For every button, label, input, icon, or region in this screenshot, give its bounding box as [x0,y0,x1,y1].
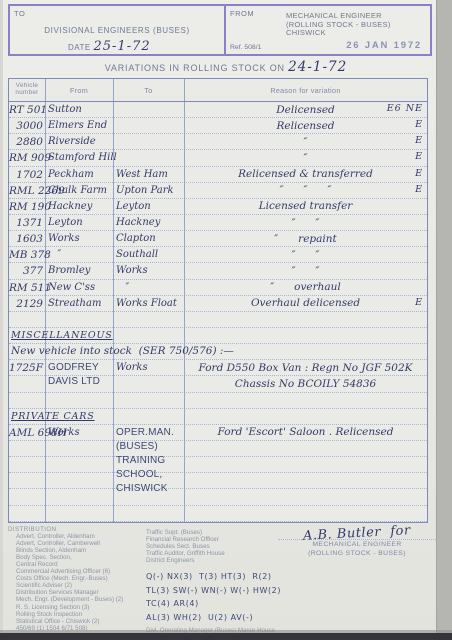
reason-cell: ″ ″ ″E [184,183,427,198]
vehicle-number-cell: RML 2269 [9,183,45,198]
distribution-item: Distribution Services Manager [8,589,144,596]
reason-text: Chassis No BCOILY 54836 [235,378,376,390]
from-cell: Elmers End [45,118,113,133]
vehicle-number-cell [9,376,45,391]
reason-cell: Chassis No BCOILY 54836 [184,376,427,391]
table-row [9,457,427,473]
distribution-item: District Engineers [146,557,266,564]
reason-cell: ″ repaint [184,231,427,246]
to-cell [113,150,184,165]
reason-cell: Licensed transfer [184,199,427,214]
table-row [9,473,427,489]
reason-cell: DelicensedE6 NE [184,102,427,117]
date-label: DATE [68,43,91,52]
table-row: RM 190HackneyLeytonLicensed transfer [9,199,427,215]
reason-text: ″ ″ ″ [280,184,332,196]
column-header-from: From [45,86,113,95]
from-box: FROM MECHANICAL ENGINEER (ROLLING STOCK … [226,6,430,54]
table-row [9,489,427,505]
to-cell: Works [113,360,184,375]
to-cell [113,134,184,149]
date-handwritten: 25-1-72 [93,39,150,54]
table-row [9,393,427,409]
distribution-item: Statistical Office - Chiswick (2) [8,618,144,625]
from-cell: GODFREY DAVIS LTD [45,360,113,375]
table-row: 1603WorksClapton″ repaint [9,231,427,247]
form-title-date: 24-1-72 [288,59,347,75]
reason-text: Overhaul delicensed [251,297,360,309]
status-mark: E [415,297,423,308]
signatory-role: (ROLLING STOCK - BUSES) [278,550,436,558]
status-mark: E [415,135,423,146]
section-label: PRIVATE CARS [11,409,95,424]
from-cell: Hackney [45,199,113,214]
from-label: FROM [230,9,254,18]
table-row: 2880Riverside″E [9,134,427,150]
column-header-vehicle-number: Vehicle number [9,83,45,97]
garage-codes-handwritten: Q(-) NX(3) T(3) HT(3) R(2)TL(3) SW(-) WN… [146,570,281,624]
distribution-item: Scientific Adviser (2) [8,582,144,589]
variations-table: Vehicle number From To Reason for variat… [8,78,428,523]
table-row [9,441,427,457]
table-row: 3000Elmers EndRelicensedE [9,118,427,134]
to-cell: West Ham [113,167,184,182]
signature-block: A.B. Butler for MECHANICAL ENGINEER (ROL… [278,524,436,557]
status-mark: E [415,151,423,162]
from-cell: Chalk Farm [45,183,113,198]
vehicle-number-cell: 1603 [9,231,45,246]
reason-text: ″ ″ [292,217,320,229]
reason-cell: Ford D550 Box Van : Regn No JGF 502K [184,360,427,375]
garage-code-line: AL(3) WH(2) U(2) AV(-) [146,611,281,625]
scanned-form-page: TO DIVISIONAL ENGINEERS (BUSES) DATE 25-… [0,0,452,640]
reason-cell: ″ ″ [184,215,427,230]
section-label: MISCELLANEOUS [11,328,113,343]
vehicle-number-cell: MB 378 [9,247,45,262]
date-stamp: 26 JAN 1972 [346,40,422,51]
from-cell: Streatham [45,296,113,311]
to-cell [113,376,184,391]
vehicle-number-cell: 3000 [9,118,45,133]
table-row: RM 909Stamford Hill″E [9,150,427,166]
distribution-item: Mech. Engr. (Development - Buses) (2) [8,596,144,603]
garage-code-line: Q(-) NX(3) T(3) HT(3) R(2) [146,570,281,584]
to-line: OPER.MAN. (BUSES) [116,426,184,454]
to-cell: Upton Park [113,183,184,198]
table-body: RT 501SuttonDelicensedE6 NE3000Elmers En… [9,102,427,522]
table-row [9,506,427,522]
to-box: TO DIVISIONAL ENGINEERS (BUSES) DATE 25-… [10,6,226,54]
from-cell: Sutton [45,102,113,117]
reason-text: ″ ″ [292,249,320,261]
header-boxes: TO DIVISIONAL ENGINEERS (BUSES) DATE 25-… [8,4,432,56]
reason-cell: ″ ″ [184,247,427,262]
signatory-role: MECHANICAL ENGINEER [278,541,436,549]
to-value: DIVISIONAL ENGINEERS (BUSES) [10,26,224,35]
distribution-item: Advert, Controller, Camberwell [8,540,144,547]
table-row: RT 501SuttonDelicensedE6 NE [9,102,427,118]
vehicle-number-cell: 2880 [9,134,45,149]
reason-text: Licensed transfer [259,200,353,212]
reason-cell: RelicensedE [184,118,427,133]
reason-cell: ″ overhaul [184,280,427,295]
reason-text: ″ repaint [274,233,337,245]
status-mark: E [415,184,423,195]
to-cell: OPER.MAN. (BUSES)TRAINING SCHOOL,CHISWIC… [113,425,184,440]
form-title: VARIATIONS IN ROLLING STOCK ON 24-1-72 [0,59,452,75]
status-mark: E6 NE [387,103,423,114]
to-cell: Clapton [113,231,184,246]
table-row: RM 511New C'ss ″″ overhaul [9,280,427,296]
reason-text: ″ ″ [292,265,320,277]
table-row: 377BromleyWorks″ ″ [9,263,427,279]
reason-text: Ford D550 Box Van : Regn No JGF 502K [199,362,413,374]
date-row: DATE 25-1-72 [68,39,151,54]
reason-cell: Overhaul delicensedE [184,296,427,311]
from-cell: ″ [45,247,113,262]
from-cell: Peckham [45,167,113,182]
reason-cell: ″E [184,150,427,165]
scan-edge-left [0,0,3,640]
to-cell [113,118,184,133]
table-row: Chassis No BCOILY 54836 [9,376,427,392]
from-cell: Stamford Hill [45,150,113,165]
distribution-item: Blinds Section, Aldenham [8,547,144,554]
from-cell: Leyton [45,215,113,230]
table-row: AML 698HWorksOPER.MAN. (BUSES)TRAINING S… [9,425,427,441]
from-cell: Riverside [45,134,113,149]
distribution-list: DISTRIBUTION Advert, Controller, Aldenha… [8,526,144,632]
reason-cell: ″E [184,134,427,149]
distribution-right-list: Traffic Supt. (Buses)Financial Research … [146,529,266,564]
from-cell: Works [45,425,113,440]
distribution-item: Traffic Supt. (Buses) [146,529,266,536]
reason-cell: Relicensed & transferredE [184,167,427,182]
distribution-item: Rolling Stock Inspection [8,611,144,618]
reason-cell: Ford 'Escort' Saloon . Relicensed [184,425,427,440]
scan-edge-right [436,0,452,640]
vehicle-number-cell: 377 [9,263,45,278]
distribution-item: Advert, Controller, Aldenham [8,533,144,540]
to-cell: Works [113,263,184,278]
vehicle-number-cell: AML 698H [9,425,45,440]
table-row: New vehicle into stock (SER 750/576) :— [9,344,427,360]
distribution-item: Central Record [8,561,144,568]
reason-text: Relicensed & transferred [238,168,373,180]
note-line: New vehicle into stock (SER 750/576) :— [11,344,234,359]
table-row: 1725FGODFREY DAVIS LTDWorksFord D550 Box… [9,360,427,376]
vehicle-number-cell: RT 501 [9,102,45,117]
distribution-item: Schedules Sect. Buses [146,543,266,550]
reason-text: Ford 'Escort' Saloon . Relicensed [218,426,394,438]
table-row: 2129StreathamWorks FloatOverhaul delicen… [9,296,427,312]
vehicle-number-cell: RM 909 [9,150,45,165]
vehicle-number-cell: RM 190 [9,199,45,214]
vehicle-number-cell: 1371 [9,215,45,230]
vehicle-number-cell: RM 511 [9,280,45,295]
garage-code-line: TC(4) AR(4) [146,597,281,611]
reason-cell: ″ ″ [184,263,427,278]
vehicle-number-cell: 1725F [9,360,45,375]
to-cell: Leyton [113,199,184,214]
reason-text: Relicensed [276,120,334,132]
reason-text: ″ [304,136,308,148]
from-cell: Works [45,231,113,246]
to-cell [113,102,184,117]
form-title-text: VARIATIONS IN ROLLING STOCK ON [105,63,285,73]
vehicle-number-cell: 2129 [9,296,45,311]
table-row: RML 2269Chalk FarmUpton Park″ ″ ″E [9,183,427,199]
column-header-reason: Reason for variation [184,86,427,95]
column-header-to: To [113,86,184,95]
from-cell: New C'ss [45,280,113,295]
garage-code-line: TL(3) SW(-) WN(-) W(-) HW(2) [146,584,281,598]
to-cell: Hackney [113,215,184,230]
to-label: TO [14,9,25,18]
distribution-item: R. S. Licensing Section (3) [8,604,144,611]
table-row: MISCELLANEOUS [9,328,427,344]
table-row: MB 378 ″Southall″ ″ [9,247,427,263]
status-mark: E [415,119,423,130]
from-address: MECHANICAL ENGINEER (ROLLING STOCK - BUS… [286,12,391,38]
to-cell: ″ [113,280,184,295]
distribution-item: Traffic Auditor, Griffith House [146,550,266,557]
to-line: TRAINING SCHOOL, [116,454,184,482]
to-cell: Works Float [113,296,184,311]
reason-text: Delicensed [276,104,335,116]
to-cell: Southall [113,247,184,262]
ref-number: Ref. 508/1 [230,44,261,51]
table-header: Vehicle number From To Reason for variat… [9,79,427,102]
from-cell [45,376,113,391]
table-row: PRIVATE CARS [9,409,427,425]
table-row: 1371LeytonHackney″ ″ [9,215,427,231]
reason-text: ″ [304,152,308,164]
to-line: CHISWICK [116,482,184,496]
vehicle-number-cell: 1702 [9,167,45,182]
from-cell: Bromley [45,263,113,278]
distribution-item: Financial Research Officer [146,536,266,543]
scan-edge-bottom [0,633,452,640]
from-line: CHISWICK [286,29,391,38]
table-row: 1702PeckhamWest HamRelicensed & transfer… [9,167,427,183]
reason-text: ″ overhaul [270,281,341,293]
table-row [9,312,427,328]
distribution-title: DISTRIBUTION [8,526,144,533]
distribution-item: Commercial Advertising Officer (6) [8,568,144,575]
distribution-item: Body Spec. Section, [8,554,144,561]
status-mark: E [415,168,423,179]
distribution-item: Costs Office (Mech. Engr.-Buses) [8,575,144,582]
